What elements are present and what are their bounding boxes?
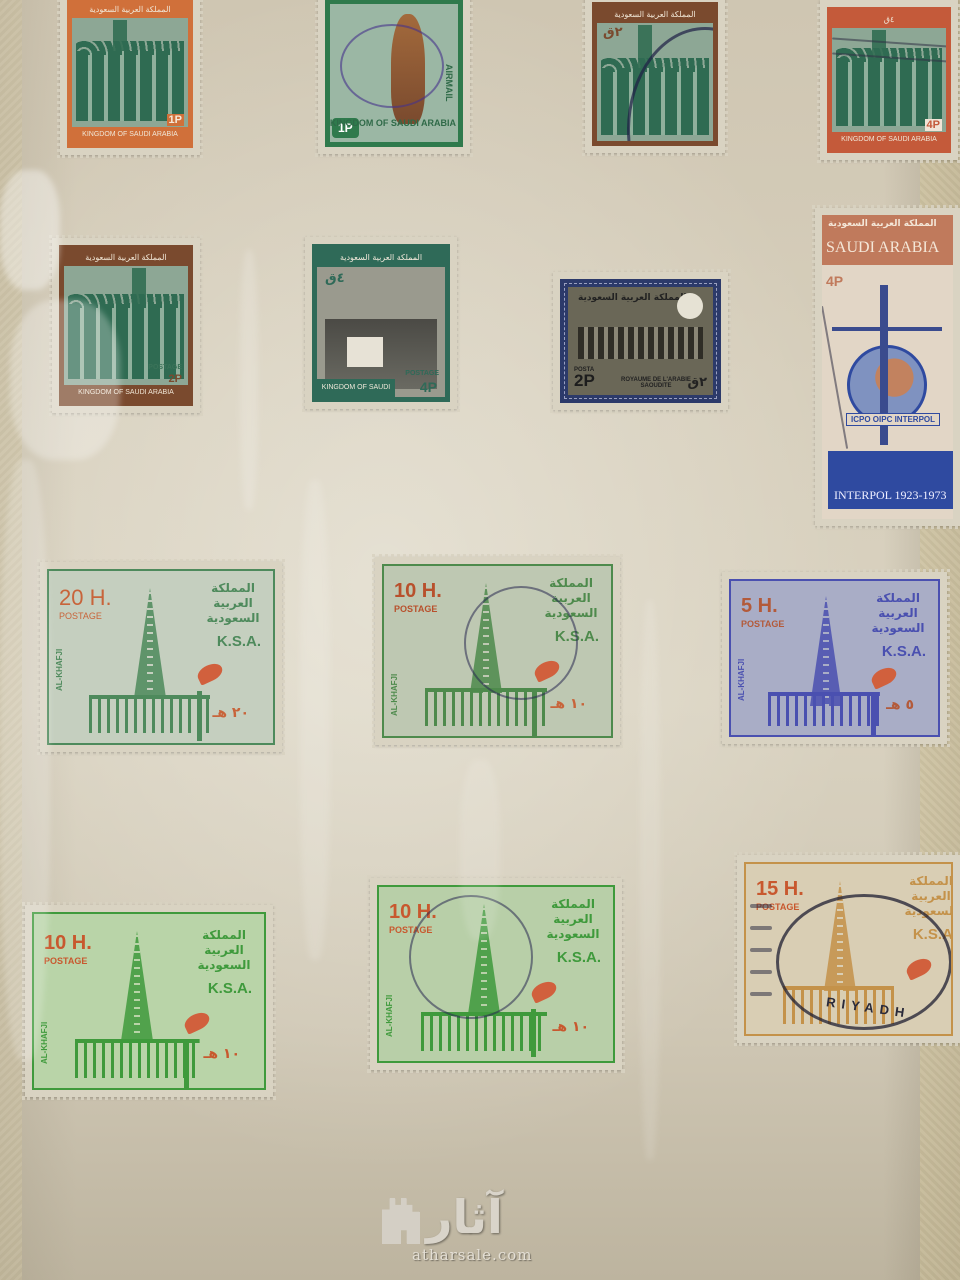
sleeve-glare — [640, 600, 660, 1160]
stamp-country: KINGDOM OF SAUDI ARABIA — [72, 127, 188, 143]
stamp-arabic-header: المملكة العربية السعودية — [64, 250, 188, 266]
stamp-arabic-header: المملكة العربية السعودية — [578, 293, 687, 303]
stamp-arabic-header: المملكة العربية السعودية — [203, 581, 263, 626]
stamp-building-2p: المملكة العربية السعودية POSTA 2P ROYAUM… — [553, 272, 728, 410]
stamp-value: 15 H. — [756, 878, 804, 901]
stamp-oil-rig-5h-blue: 5 H. POSTAGE المملكة العربية السعودية K.… — [722, 572, 947, 744]
stamp-postage-label: POSTAGE — [44, 956, 87, 966]
stamp-place: AL-KHAFJI — [385, 995, 394, 1037]
stamp-value-arabic: ١٠ هـ — [204, 1046, 240, 1062]
stamp-place: AL-KHAFJI — [390, 674, 399, 716]
stamp-kaaba-4p: المملكة العربية السعودية ٤ق KINGDOM OF S… — [305, 237, 457, 409]
stamp-arabic-header: المملكة العربية السعودية — [72, 2, 188, 18]
stamp-value: 10 H. — [394, 580, 442, 603]
stamp-arabic-header: المملكة العربية السعودية — [828, 219, 937, 229]
stamp-falcon-airmail: 1P KINGDOM OF SAUDI ARABIA AIRMAIL — [318, 0, 470, 154]
sleeve-glare — [300, 480, 330, 960]
stamp-country: K.S.A. — [557, 949, 601, 966]
stamp-value-arabic: ١٠ هـ — [553, 1019, 589, 1035]
sleeve-glare — [240, 250, 258, 510]
stamp-value-arabic: ٥ هـ — [886, 697, 914, 713]
stamp-country: ROYAUME DE L'ARABIE SAOUDITE — [616, 377, 696, 389]
stamp-place: AL-KHAFJI — [55, 649, 64, 691]
emblem-text: ICPO OIPC INTERPOL — [846, 413, 940, 426]
sleeve-glare — [460, 760, 500, 940]
sleeve-glare — [0, 170, 60, 290]
stamp-value-arabic: ١٠ هـ — [551, 696, 587, 712]
watermark-url: atharsale.com — [412, 1246, 532, 1264]
stamp-arabic-header: المملكة العربية السعودية — [194, 928, 254, 973]
stamp-value: 2P — [574, 371, 595, 391]
stamp-country: KINGDOM OF SAUDI ARABIA — [330, 118, 456, 128]
athar-watermark: آثار atharsale.com — [382, 1190, 582, 1260]
stamp-arabic-header: المملكة العربية السعودية — [317, 249, 445, 267]
stamp-oil-rig-20h: 20 H. POSTAGE المملكة العربية السعودية K… — [40, 562, 282, 752]
stamp-value: 1P — [167, 114, 184, 126]
stamp-arabic-header: المملكة العربية السعودية — [543, 897, 603, 942]
sleeve-glare — [10, 300, 120, 460]
stamp-value: 4P — [826, 273, 843, 289]
castle-logo-icon — [382, 1198, 420, 1244]
stamp-value: 10 H. — [44, 932, 92, 955]
stamp-value-arabic: ٢٠ هـ — [213, 705, 249, 721]
stamp-value: 2P — [169, 373, 182, 385]
stamp-oil-rig-10h-a: 10 H. POSTAGE المملكة العربية السعودية K… — [375, 557, 620, 745]
stamp-mosque-1p-orange: المملكة العربية السعودية KINGDOM OF SAUD… — [60, 0, 200, 155]
stamp-arabic-header: ٤ق — [832, 12, 946, 28]
stamp-value: 4P — [420, 379, 437, 395]
stamp-country: K.S.A. — [208, 980, 252, 997]
seal-icon — [677, 293, 703, 319]
stamp-postage-label: POSTAGE — [741, 619, 784, 629]
stamp-country: K.S.A. — [217, 633, 261, 650]
watermark-arabic: آثار — [426, 1190, 503, 1244]
stamp-arabic-header: المملكة العربية السعودية — [868, 591, 928, 636]
stamp-country: K.S.A. — [882, 643, 926, 660]
stamp-postage-label: POSTAGE — [59, 611, 102, 621]
interpol-banner-text: INTERPOL 1923-1973 — [834, 488, 947, 503]
stamp-postage-label: POSTAGE — [148, 364, 182, 371]
stamp-value: 20 H. — [59, 585, 112, 611]
stamp-place: AL-KHAFJI — [40, 1022, 49, 1064]
stamp-mosque-4p-red: ٤ق KINGDOM OF SAUDI ARABIA 4P — [820, 0, 958, 160]
stamp-value-arabic: ٢ق — [603, 25, 623, 40]
stamp-oil-rig-15h-ochre: 15 H. POSTAGE المملكة العربية السعودية K… — [737, 855, 960, 1043]
stamp-country: SAUDI ARABIA — [826, 239, 939, 257]
stamp-oil-rig-10h-b: 10 H. POSTAGE المملكة العربية السعودية K… — [25, 905, 273, 1097]
stamp-value: 4P — [925, 119, 942, 131]
stamp-country: KINGDOM OF SAUDI ARABIA — [317, 379, 395, 397]
stamp-airmail-label: AIRMAIL — [444, 64, 454, 102]
stamp-country: KINGDOM OF SAUDI ARABIA — [832, 132, 946, 148]
stamp-interpol-1973: المملكة العربية السعودية SAUDI ARABIA 4P… — [815, 208, 960, 526]
stamp-value-arabic: ٤ق — [325, 271, 345, 286]
sleeve-glare — [0, 460, 50, 1060]
stamp-value-arabic: ٢ق — [687, 375, 707, 390]
stamp-value: 5 H. — [741, 595, 778, 618]
stamp-place: AL-KHAFJI — [737, 659, 746, 701]
stamp-postage-label: POSTAGE — [394, 604, 437, 614]
stamp-postage-label: POSTAGE — [405, 370, 439, 377]
stamp-arabic-header: المملكة العربية السعودية — [597, 7, 713, 23]
stamp-mosque-2p-brown: المملكة العربية السعودية ٢ق — [585, 0, 725, 153]
